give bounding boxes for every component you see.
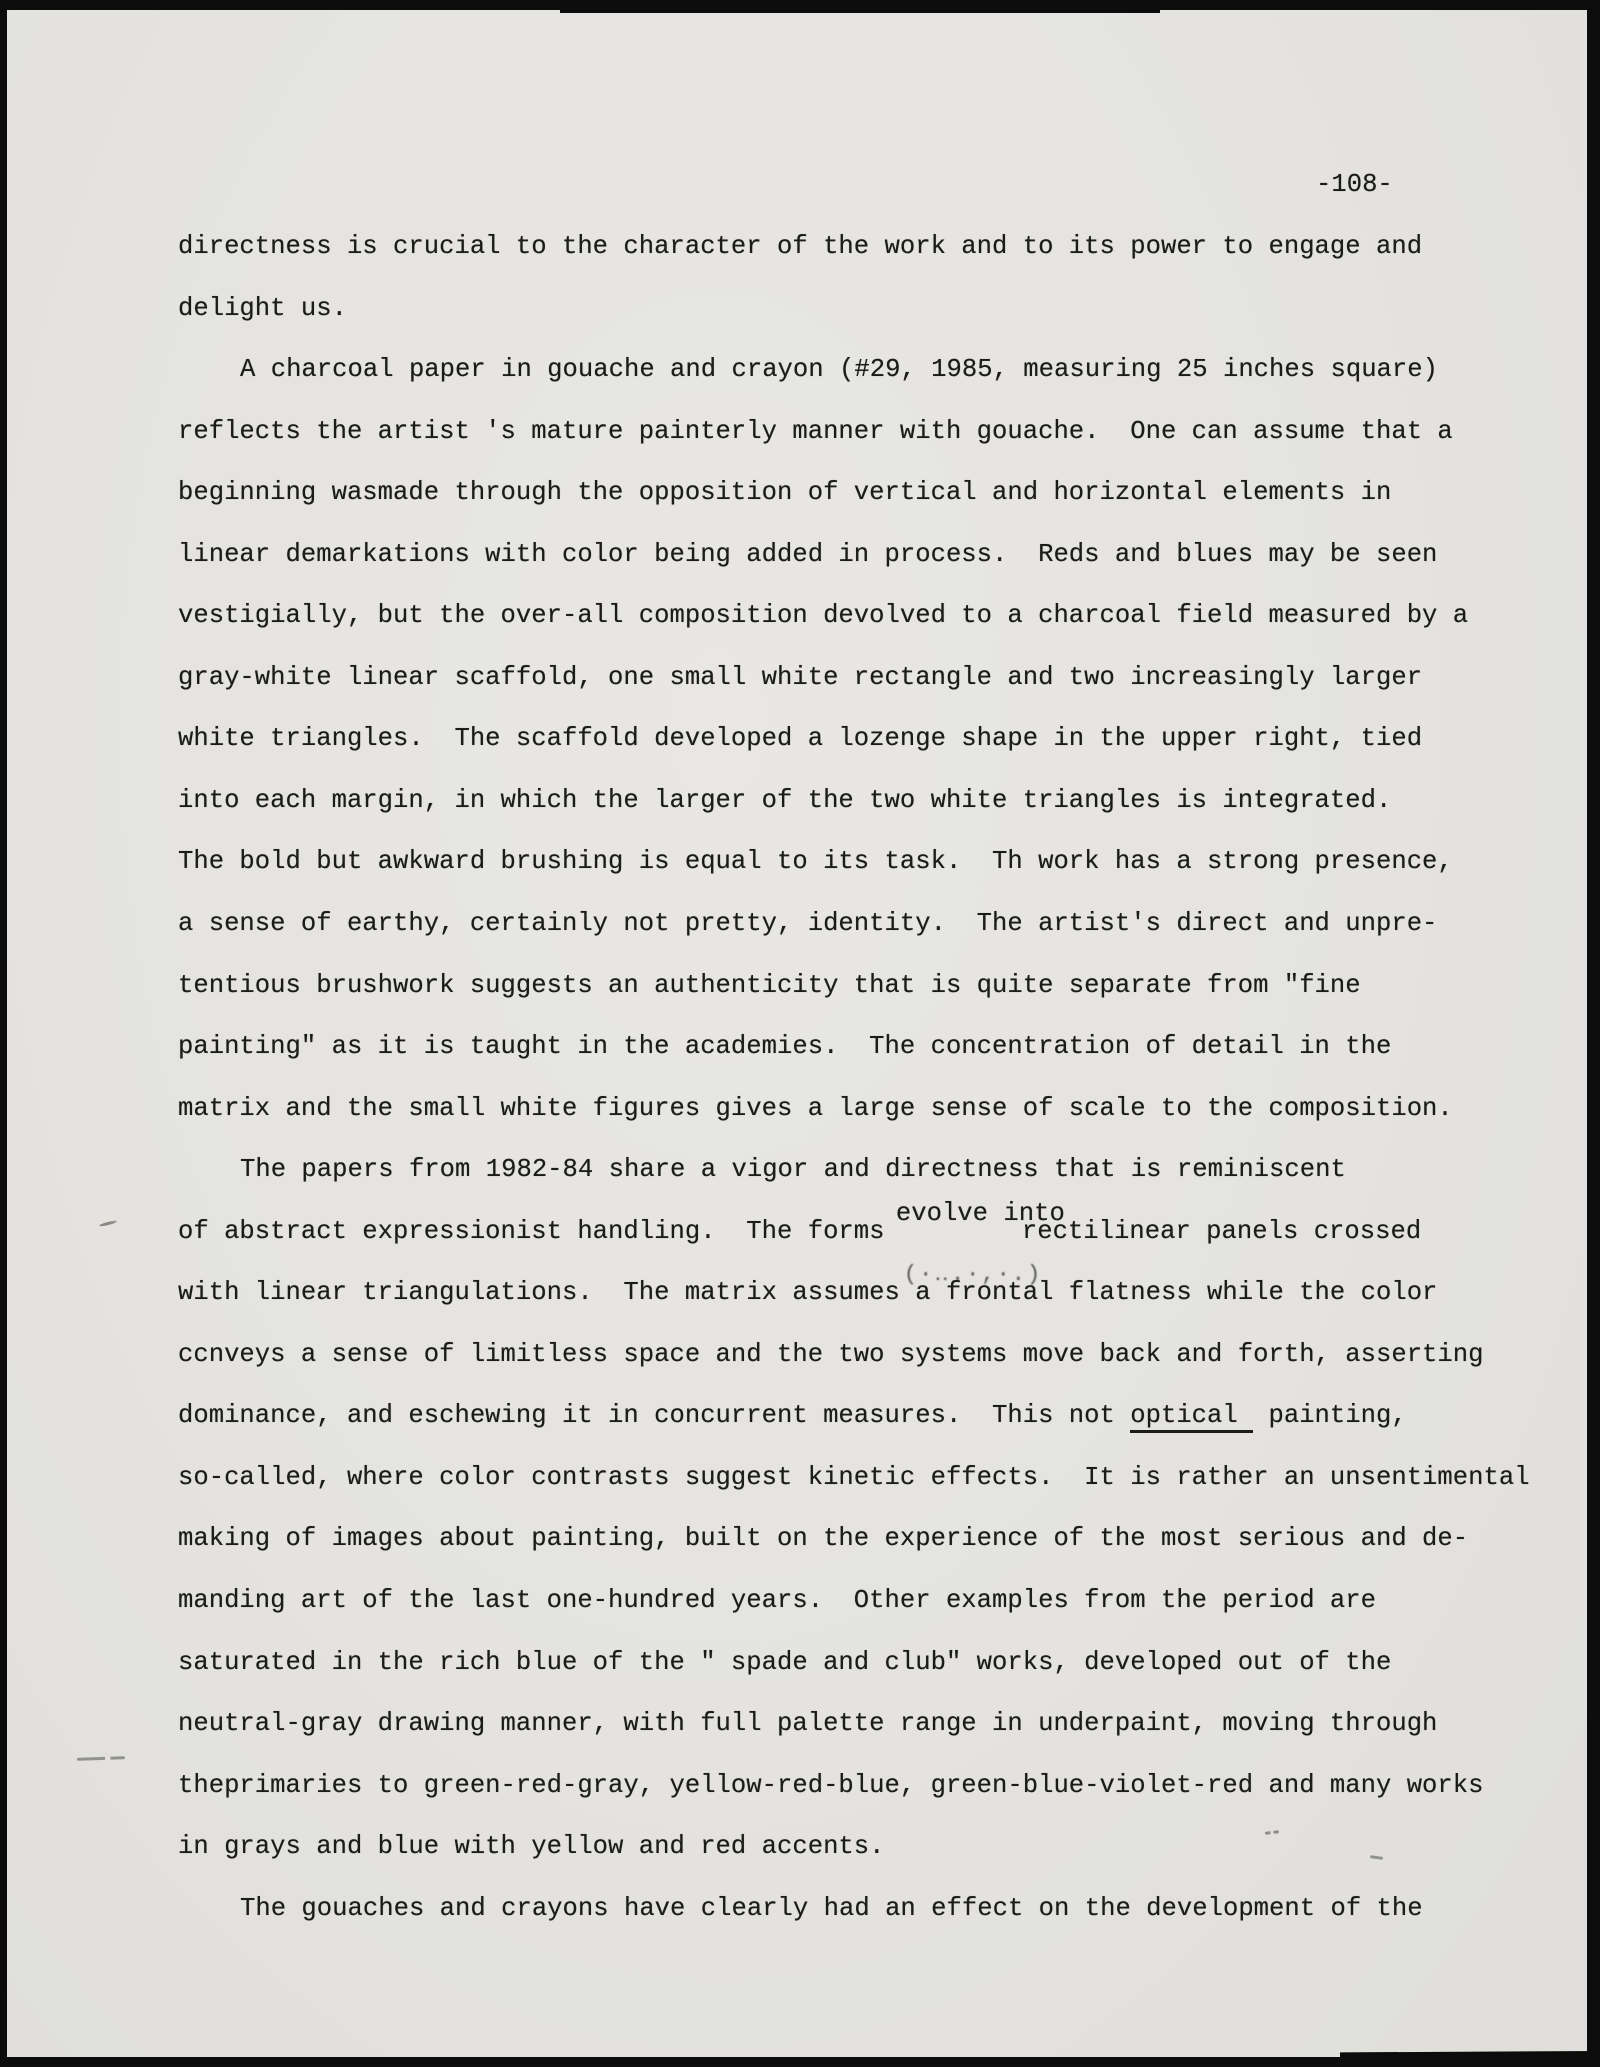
line-text: dominance, and eschewing it in concurren…	[178, 1401, 1130, 1430]
erased-text-residue: (·‥.·,·.)	[904, 1244, 1042, 1306]
typewritten-line: with linear triangulations. The matrix a…	[178, 1262, 1558, 1324]
typewritten-line: so-called, where color contrasts suggest…	[178, 1447, 1558, 1509]
line-text: linear demarkations with color being add…	[178, 540, 1437, 569]
typewritten-line: gray-white linear scaffold, one small wh…	[178, 647, 1558, 709]
line-text: beginning wasmade through the opposition…	[178, 478, 1391, 507]
typewritten-line: neutral-gray drawing manner, with full p…	[178, 1693, 1558, 1755]
line-text: delight us.	[178, 294, 347, 323]
typewritten-line: The gouaches and crayons have clearly ha…	[178, 1878, 1558, 1940]
line-text: saturated in the rich blue of the " spad…	[178, 1648, 1391, 1677]
typewritten-line: dominance, and eschewing it in concurren…	[178, 1385, 1558, 1447]
line-text: rectilinear panels crossed	[1022, 1217, 1421, 1246]
typewritten-line: tentious brushwork suggests an authentic…	[178, 955, 1558, 1017]
line-text: reflects the artist 's mature painterly …	[178, 417, 1453, 446]
line-text: in grays and blue with yellow and red ac…	[178, 1832, 885, 1861]
typewritten-line: manding art of the last one-hundred year…	[178, 1570, 1558, 1632]
typewritten-line: reflects the artist 's mature painterly …	[178, 401, 1558, 463]
line-text: neutral-gray drawing manner, with full p…	[178, 1709, 1437, 1738]
line-text: tentious brushwork suggests an authentic…	[178, 971, 1361, 1000]
scan-border-corner	[1340, 2051, 1600, 2067]
line-text: vestigially, but the over-all compositio…	[178, 601, 1468, 630]
typewritten-line: into each margin, in which the larger of…	[178, 770, 1558, 832]
typewritten-line: vestigially, but the over-all compositio…	[178, 585, 1558, 647]
line-text: of abstract expressionist handling. The …	[178, 1217, 900, 1246]
typewritten-line: delight us.	[178, 278, 1558, 340]
line-text: A charcoal paper in gouache and crayon (…	[240, 355, 1438, 384]
line-text: ccnveys a sense of limitless space and t…	[178, 1340, 1484, 1369]
typewritten-line: ccnveys a sense of limitless space and t…	[178, 1324, 1558, 1386]
typewritten-lines: directness is crucial to the character o…	[178, 216, 1558, 1939]
typewritten-line: beginning wasmade through the opposition…	[178, 462, 1558, 524]
line-text: painting" as it is taught in the academi…	[178, 1032, 1391, 1061]
typewritten-line: directness is crucial to the character o…	[178, 216, 1558, 278]
line-text: directness is crucial to the character o…	[178, 232, 1422, 261]
line-text: with linear triangulations. The matrix a…	[178, 1278, 1437, 1307]
typewritten-line: painting" as it is taught in the academi…	[178, 1016, 1558, 1078]
line-text: The bold but awkward brushing is equal t…	[178, 847, 1453, 876]
typewritten-line: The papers from 1982-84 share a vigor an…	[178, 1139, 1558, 1201]
line-text: so-called, where color contrasts suggest…	[178, 1463, 1530, 1492]
page-number: -108-	[1316, 170, 1393, 199]
typewritten-line: in grays and blue with yellow and red ac…	[178, 1816, 1558, 1878]
line-text: The papers from 1982-84 share a vigor an…	[240, 1155, 1346, 1184]
line-text: manding art of the last one-hundred year…	[178, 1586, 1376, 1615]
line-text: into each margin, in which the larger of…	[178, 786, 1391, 815]
line-text: a sense of earthy, certainly not pretty,…	[178, 909, 1437, 938]
scan-border-notch	[560, 0, 1160, 13]
typewritten-line: linear demarkations with color being add…	[178, 524, 1558, 586]
line-text: white triangles. The scaffold developed …	[178, 724, 1422, 753]
typewritten-line: The bold but awkward brushing is equal t…	[178, 831, 1558, 893]
margin-pencil-tick	[99, 1220, 117, 1227]
line-text: making of images about painting, built o…	[178, 1524, 1468, 1553]
typewritten-line: of abstract expressionist handling. The …	[178, 1201, 1558, 1263]
typewritten-line: saturated in the rich blue of the " spad…	[178, 1632, 1558, 1694]
typewritten-line: A charcoal paper in gouache and crayon (…	[178, 339, 1558, 401]
margin-pencil-dash	[77, 1756, 125, 1760]
underlined-word: optical	[1130, 1401, 1253, 1433]
line-text: The gouaches and crayons have clearly ha…	[240, 1894, 1423, 1923]
line-text: gray-white linear scaffold, one small wh…	[178, 663, 1422, 692]
typewritten-line: white triangles. The scaffold developed …	[178, 708, 1558, 770]
line-text: matrix and the small white figures gives…	[178, 1094, 1453, 1123]
scanned-typewritten-page: { "colors": { "paper": "#e5e4e0", "ink":…	[0, 0, 1600, 2067]
line-text: theprimaries to green-red-gray, yellow-r…	[178, 1771, 1484, 1800]
line-text: painting,	[1253, 1401, 1407, 1430]
typed-insert-above-line: evolve into	[896, 1183, 1065, 1245]
typewritten-line: theprimaries to green-red-gray, yellow-r…	[178, 1755, 1558, 1817]
typewritten-line: making of images about painting, built o…	[178, 1508, 1558, 1570]
typewritten-line: a sense of earthy, certainly not pretty,…	[178, 893, 1558, 955]
typewritten-line: matrix and the small white figures gives…	[178, 1078, 1558, 1140]
